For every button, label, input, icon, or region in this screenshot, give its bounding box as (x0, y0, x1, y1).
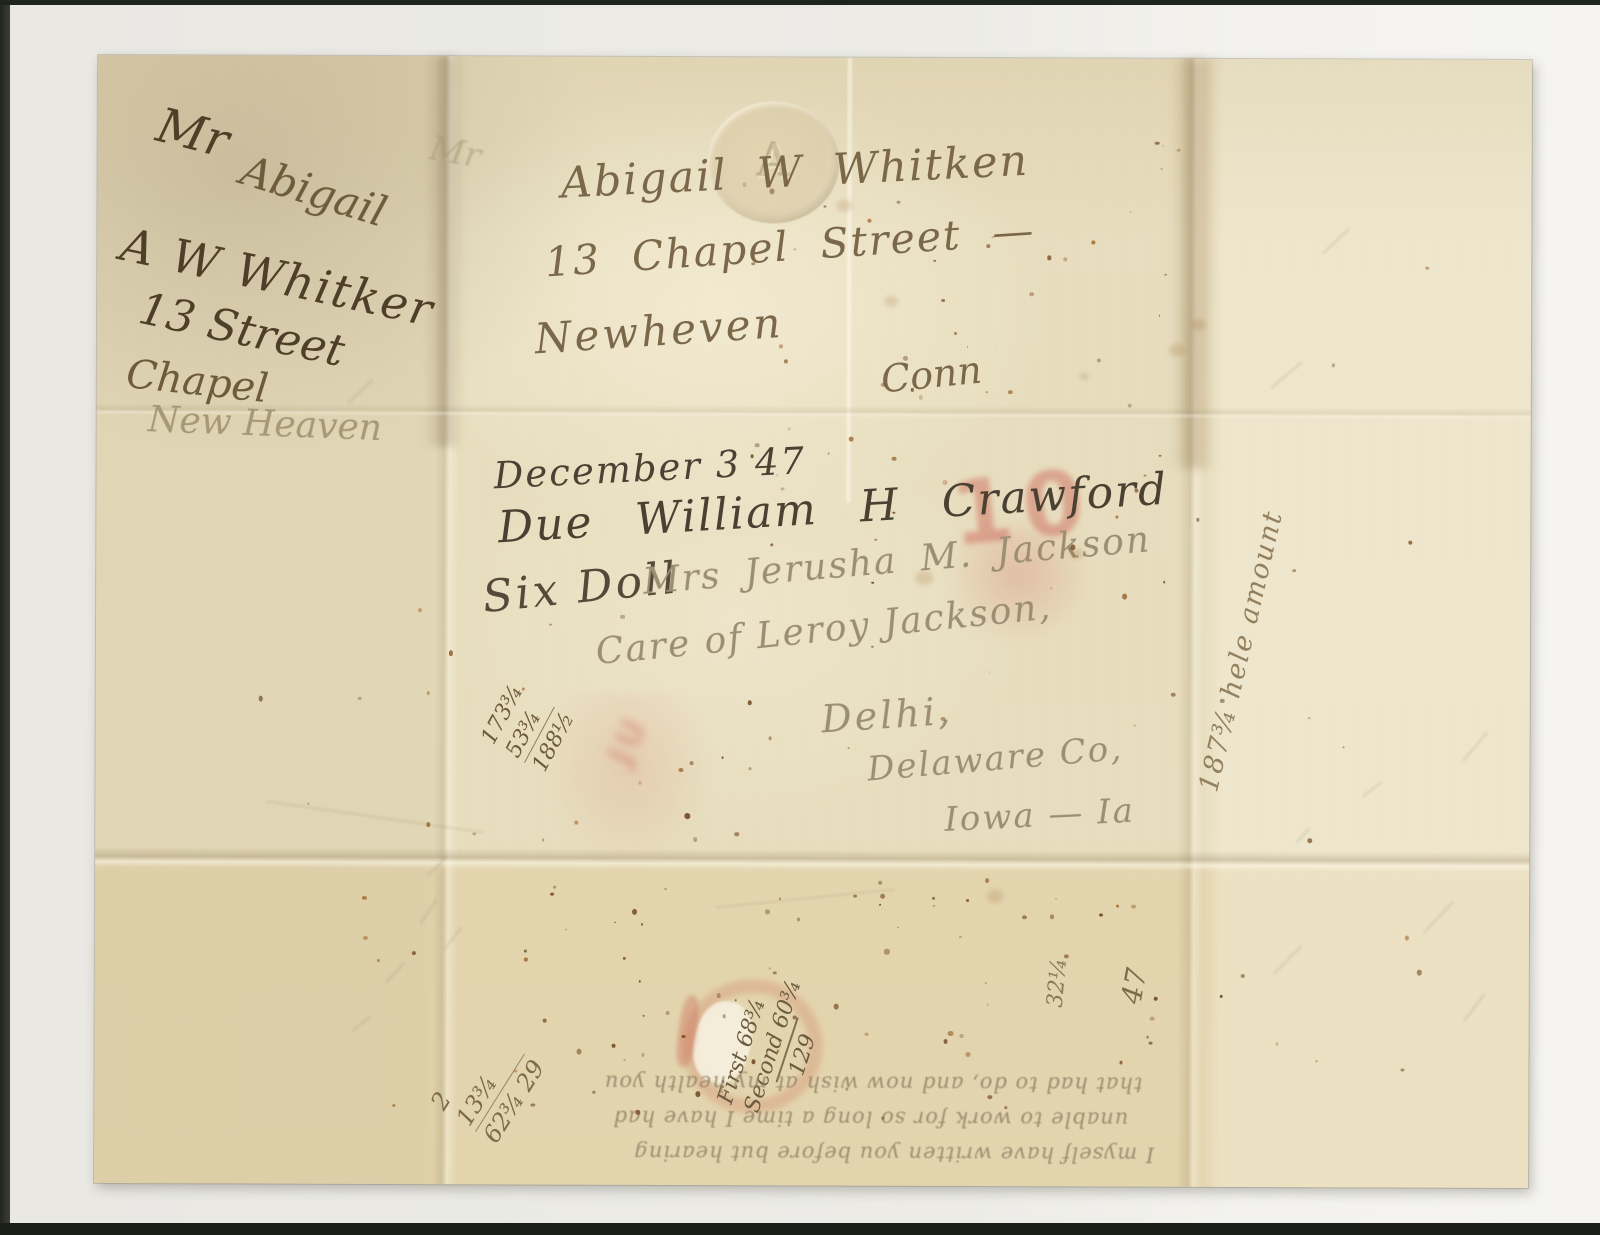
foxing-speck (769, 737, 772, 741)
foxing-speck (891, 457, 896, 461)
foxing-speck (770, 543, 773, 547)
ghost-writing-streak (385, 962, 405, 984)
foxing-speck (623, 957, 627, 961)
foxing-speck (412, 951, 416, 955)
foxing-speck (959, 1034, 964, 1038)
foxing-speck (693, 837, 697, 842)
foxing-speck (985, 982, 987, 984)
fold-stain-vertical-right-top (1171, 59, 1216, 469)
docket-line-abigail: Abigail (235, 146, 392, 237)
foxing-speck (1134, 725, 1136, 727)
foxing-speck (623, 1059, 626, 1061)
scanner-bed: { "document": { "kind": "scanned stample… (0, 0, 1600, 1235)
foxing-speck (722, 1014, 726, 1018)
scanner-edge-bottom (0, 1223, 1600, 1235)
foxing-speck (986, 391, 989, 393)
fold-crease-vertical-middle-highlight (846, 58, 852, 503)
misc-number-1: 32¼ (1043, 957, 1072, 1008)
foxing-speck (1047, 256, 1051, 260)
foxing-speck (1050, 587, 1052, 589)
foxing-speck (690, 761, 693, 765)
foxing-speck (1116, 904, 1119, 907)
foxing-speck (639, 980, 641, 983)
wrinkle-diagonal-2 (715, 888, 894, 908)
side-note-right: 187¾ hele amount (1193, 507, 1289, 795)
foxing-speck (1343, 746, 1345, 749)
foxing-speck (880, 893, 885, 898)
foxing-speck (871, 646, 874, 648)
ghost-writing-streak (419, 899, 438, 925)
foxing-speck (1149, 1042, 1152, 1046)
foxing-speck (988, 671, 990, 673)
fold-crease-vertical-left (432, 56, 460, 1184)
foxing-speck (1425, 267, 1429, 270)
foxing-speck (666, 1011, 670, 1014)
foxing-speck (1400, 1069, 1405, 1072)
address-street: 13 Chapel Street — (543, 206, 1036, 286)
misc-number-2: 47 (1115, 965, 1154, 1006)
scanner-edge-top (0, 0, 1600, 5)
foxing-speck (848, 747, 850, 748)
foxing-speck (966, 1052, 971, 1057)
foxing-speck (747, 701, 752, 706)
foxing-speck (824, 206, 826, 208)
upside-down-line-3: that had to do, and now wish at my healt… (454, 1064, 1142, 1101)
foxing-speck (735, 999, 737, 1001)
foxing-speck (788, 428, 791, 430)
foxing-speck (769, 967, 771, 969)
foxing-speck (640, 922, 643, 926)
foxing-speck (849, 436, 854, 441)
foxing-speck (426, 692, 430, 696)
foxing-speck (1150, 1016, 1155, 1020)
foxing-speck (358, 697, 362, 700)
foxing-speck (308, 803, 310, 805)
ghost-writing-streak (347, 379, 373, 404)
foxing-speck (641, 1053, 644, 1057)
foxing-speck (1308, 838, 1313, 843)
foxing-speck (1220, 995, 1223, 999)
foxing-speck (362, 896, 367, 900)
postmark-smudge: JU (557, 692, 718, 873)
foxing-speck (524, 958, 527, 962)
foxing-speck (685, 813, 690, 819)
foxing-speck (1008, 390, 1013, 394)
foxing-speck (1292, 569, 1296, 572)
upside-down-line-2: unable to work for so long a time I have… (454, 1099, 1128, 1136)
foxing-speck (377, 958, 380, 961)
foxing-speck (1092, 241, 1095, 244)
foxing-speck (1055, 898, 1057, 900)
foxing-speck (879, 904, 882, 907)
foxing-speck (933, 905, 935, 907)
ghost-writing-streak (1462, 731, 1489, 762)
ghost-writing-streak (1272, 945, 1302, 976)
calc-left: 173¾ 53¾ 188½ (476, 681, 581, 777)
foxing-speck (966, 346, 968, 347)
upside-down-line-1: I myself have written you before but hea… (454, 1134, 1154, 1171)
foxing-speck (878, 880, 882, 884)
foxing-speck (1122, 594, 1127, 600)
foxing-speck (643, 1015, 645, 1017)
foxing-speck (620, 614, 625, 619)
foxing-speck (1275, 1042, 1279, 1046)
ghost-writing-streak (1270, 361, 1303, 389)
paper: A 10 JU Mr Abigail A W Whitker 13 Street… (94, 55, 1532, 1188)
foxing-speck (1416, 970, 1421, 976)
ghost-writing-streak (351, 1015, 372, 1032)
foxing-speck (797, 918, 800, 922)
foxing-speck (426, 822, 430, 828)
foxing-speck (614, 921, 616, 923)
foxing-speck (577, 1048, 582, 1055)
foxing-speck (1177, 148, 1181, 151)
docket-line-newhaven: New Heaven (147, 399, 382, 449)
foxing-speck (986, 1003, 989, 1006)
fold-stain-vertical-left-top (425, 56, 464, 446)
foxing-speck (932, 897, 936, 900)
foxing-speck (1147, 1036, 1149, 1039)
fold-crease-vertical-right (1176, 59, 1206, 1187)
foxing-speck (948, 1031, 953, 1036)
foxing-speck (1241, 974, 1245, 978)
foxing-speck (550, 893, 553, 896)
docket-line-mr: Mr (151, 97, 235, 169)
address-name: Abigail W Whitken (560, 136, 1031, 209)
foxing-speck (721, 756, 723, 759)
wrinkle-diagonal-1 (266, 800, 484, 833)
foxing-speck (865, 1033, 868, 1036)
foxing-speck (549, 623, 552, 626)
stain-blotch (1169, 344, 1185, 357)
recipient-town: Delhi, (820, 689, 954, 742)
foxing-speck (765, 910, 769, 915)
ghost-writing-streak (426, 854, 449, 877)
foxing-speck (959, 936, 962, 938)
address-city: Newheven (533, 298, 785, 363)
foxing-speck (574, 821, 578, 825)
foxing-speck (985, 878, 989, 883)
foxing-speck (1196, 518, 1199, 522)
address-state: Conn (879, 348, 984, 402)
ghost-writing-streak (1463, 993, 1486, 1022)
foxing-speck (853, 895, 857, 898)
stain-blotch (987, 889, 1004, 903)
foxing-speck (543, 1019, 547, 1023)
upside-down-letter-text: I myself have written you before but hea… (454, 1064, 1154, 1171)
stain-blotch (884, 295, 898, 306)
stray-mr: Mr (427, 128, 484, 176)
foxing-speck (1063, 257, 1067, 261)
scanner-edge-left (0, 0, 10, 1235)
foxing-speck (363, 936, 368, 940)
ghost-writing-streak (1423, 900, 1455, 933)
foxing-speck (1162, 144, 1164, 146)
foxing-speck (1163, 581, 1166, 584)
stain-blotch (1191, 318, 1206, 330)
foxing-speck (553, 885, 556, 888)
foxing-speck (827, 453, 829, 455)
ghost-writing-streak (1295, 828, 1310, 844)
foxing-speck (259, 696, 263, 702)
foxing-speck (682, 1035, 685, 1038)
foxing-speck (1161, 167, 1163, 169)
foxing-speck (1155, 142, 1160, 145)
foxing-speck (734, 832, 739, 837)
foxing-speck (1021, 915, 1026, 919)
foxing-speck (1153, 997, 1157, 1001)
foxing-speck (875, 539, 878, 541)
foxing-speck (1164, 273, 1167, 275)
foxing-speck (632, 909, 637, 915)
foxing-speck (1159, 315, 1161, 317)
recipient-county: Delaware Co, (866, 728, 1125, 789)
foxing-speck (565, 929, 567, 931)
foxing-speck (1130, 211, 1132, 213)
foxing-speck (542, 838, 545, 841)
foxing-speck (717, 993, 721, 998)
foxing-speck (1308, 717, 1311, 720)
foxing-speck (1119, 1060, 1123, 1065)
foxing-speck (966, 899, 969, 902)
foxing-speck (749, 767, 752, 770)
fold-crease-horizontal-lower (95, 847, 1529, 872)
foxing-speck (1097, 358, 1101, 362)
foxing-speck (1171, 693, 1176, 697)
ghost-writing-streak (1322, 228, 1350, 255)
foxing-speck (1050, 914, 1055, 919)
foxing-speck (678, 768, 683, 773)
foxing-speck (941, 298, 946, 302)
foxing-speck (1316, 1060, 1318, 1062)
foxing-speck (418, 608, 422, 612)
foxing-speck (954, 332, 957, 334)
foxing-speck (1158, 455, 1161, 457)
foxing-speck (638, 781, 642, 785)
postmark-fragment: JU (600, 709, 658, 772)
foxing-speck (664, 888, 667, 890)
foxing-speck (393, 1104, 396, 1107)
foxing-speck (448, 650, 453, 656)
foxing-speck (944, 1038, 948, 1043)
stain-blotch (837, 199, 853, 212)
foxing-speck (1128, 404, 1133, 408)
ghost-writing-streak (1362, 781, 1383, 798)
foxing-speck (1029, 292, 1034, 297)
foxing-speck (611, 1043, 615, 1047)
foxing-speck (779, 897, 782, 900)
ghost-writing-streak (444, 926, 463, 949)
foxing-speck (1332, 364, 1336, 367)
foxing-speck (1405, 936, 1409, 941)
red-streak (674, 994, 702, 1068)
foxing-speck (896, 200, 901, 204)
recipient-state: Iowa — Ia (943, 791, 1135, 840)
stain-blotch (1080, 372, 1089, 380)
foxing-speck (1131, 905, 1136, 909)
foxing-speck (1409, 541, 1413, 545)
foxing-speck (884, 949, 890, 954)
foxing-speck (472, 832, 476, 835)
foxing-speck (1099, 913, 1103, 917)
foxing-speck (897, 926, 899, 928)
foxing-speck (784, 359, 788, 363)
foxing-speck (362, 897, 364, 899)
foxing-speck (524, 949, 528, 952)
